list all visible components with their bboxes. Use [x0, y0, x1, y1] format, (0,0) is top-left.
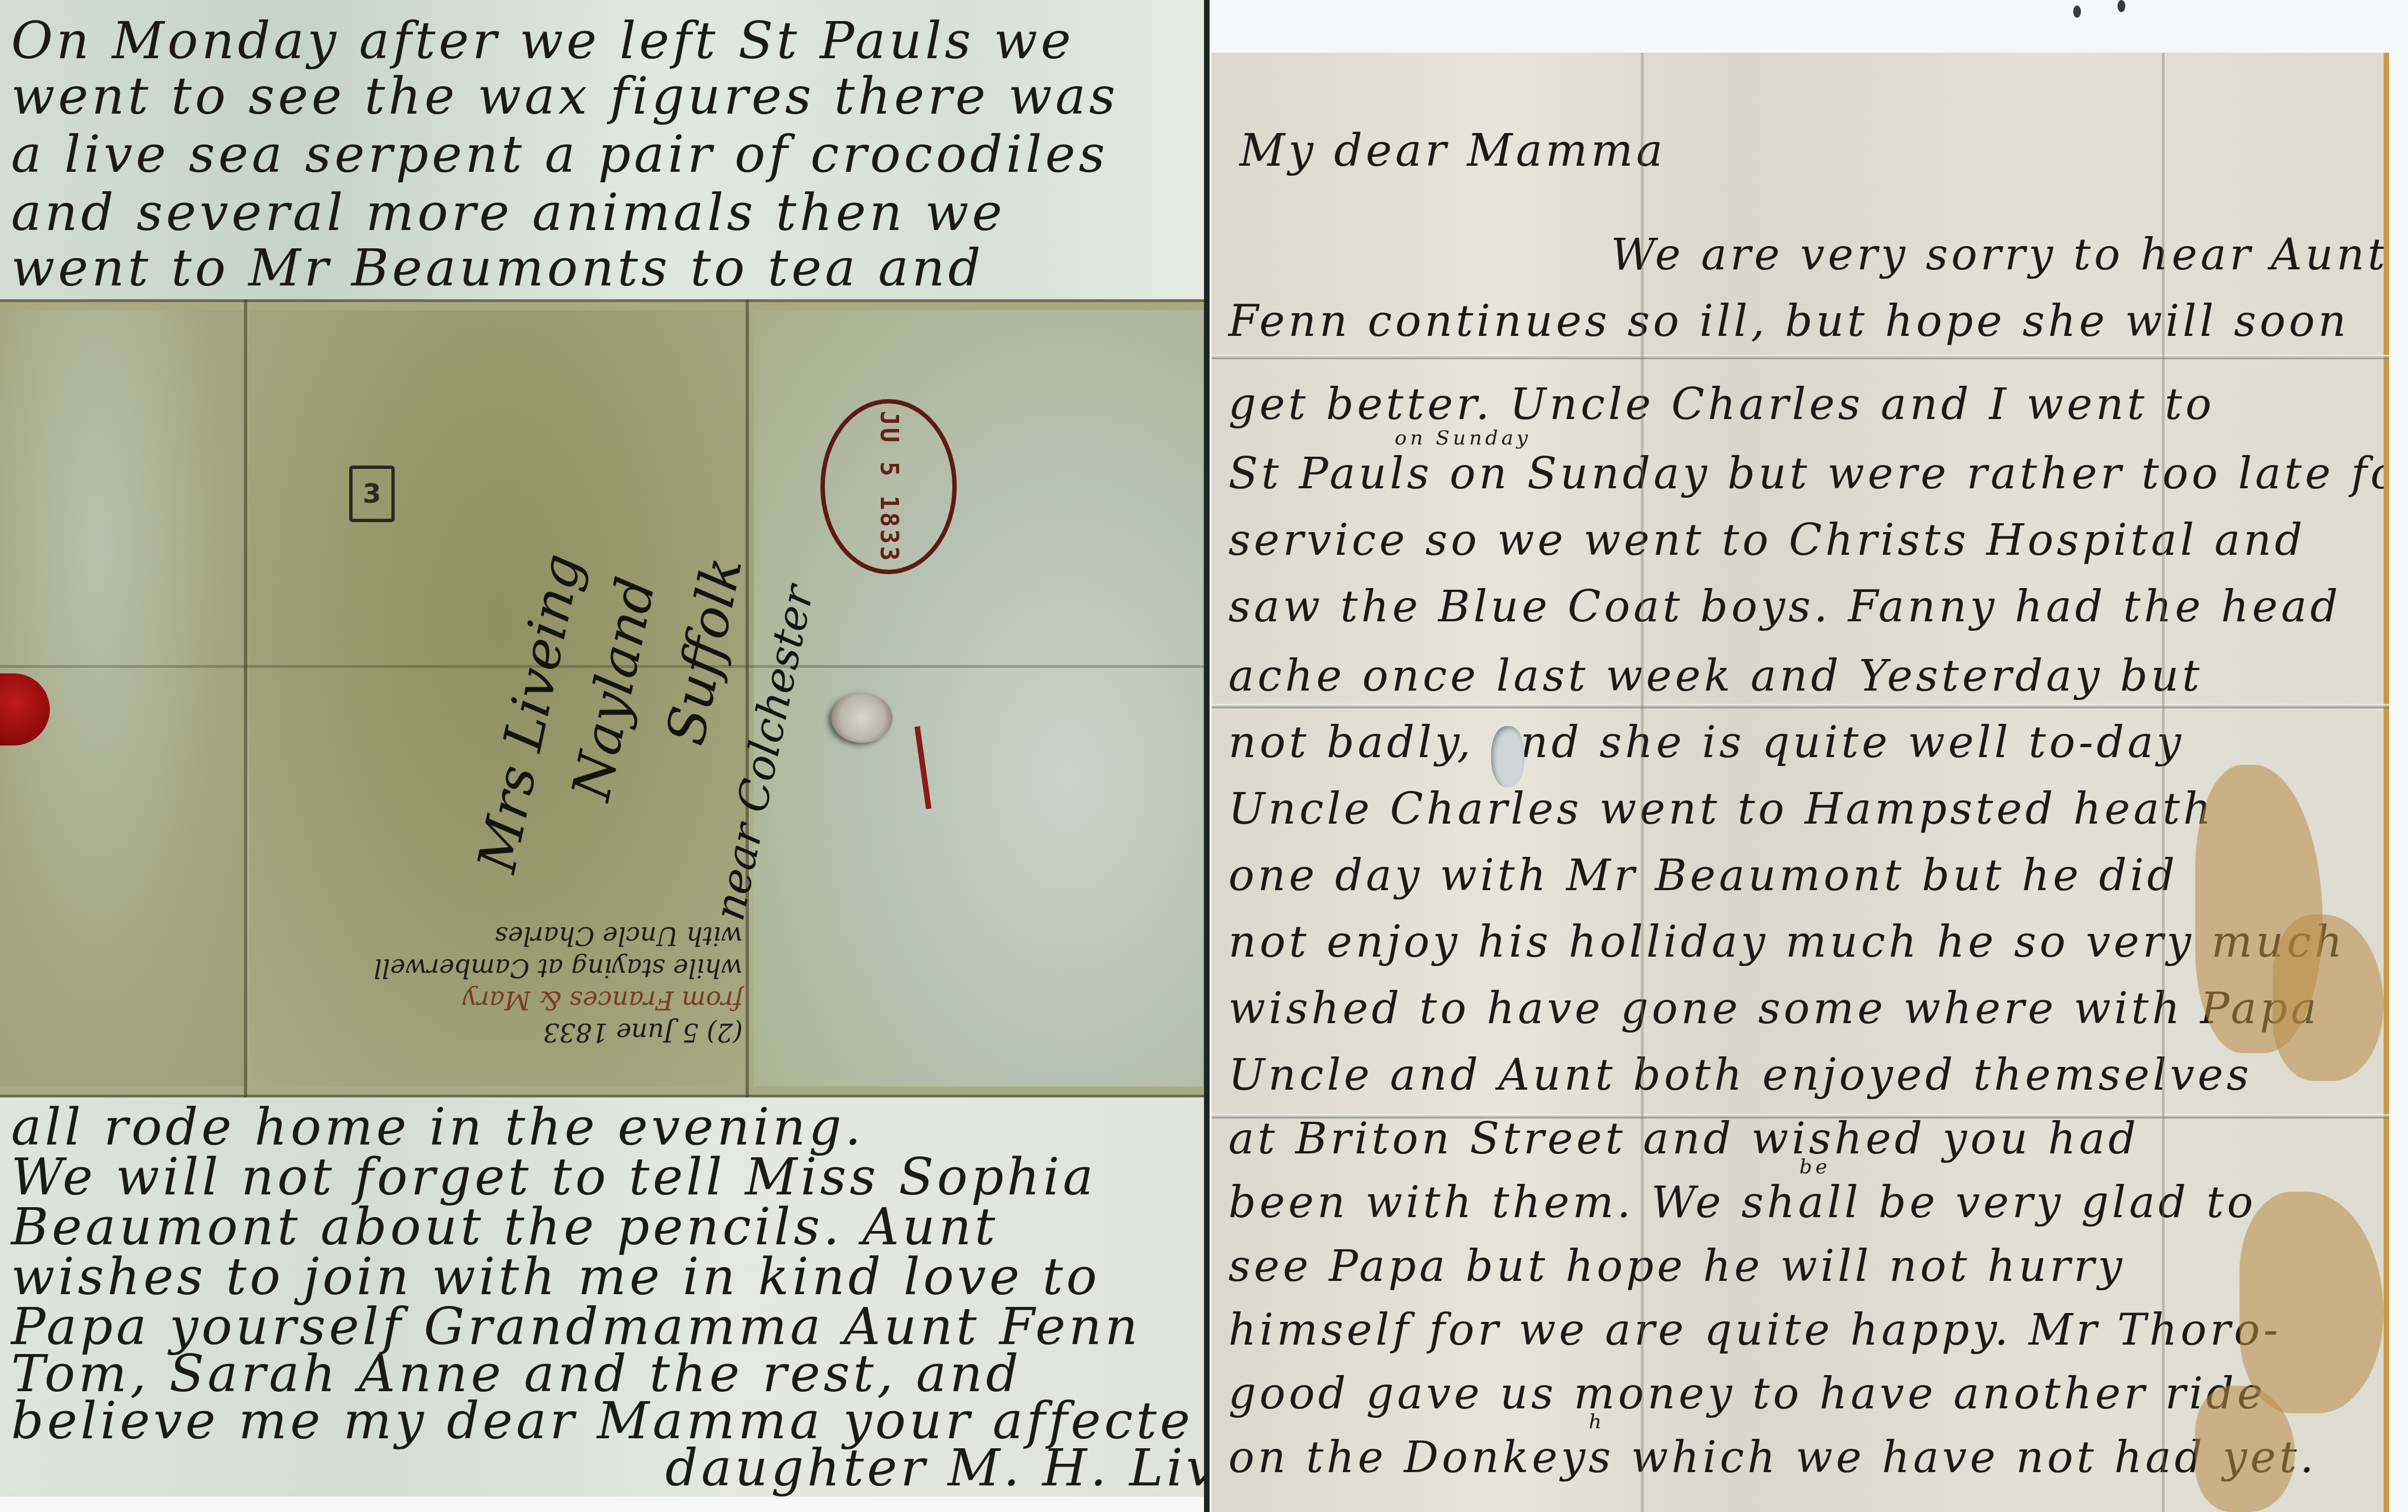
- handwritten-line: service so we went to Christs Hospital a…: [1228, 515, 2306, 565]
- handwritten-line: went to see the wax figures there was: [11, 67, 1119, 126]
- handwritten-line: ache once last week and Yesterday but: [1228, 651, 2203, 701]
- handwritten-line: went to Mr Beaumonts to tea and: [11, 238, 984, 298]
- handwritten-line: Uncle Charles went to Hampsted heath: [1228, 784, 2215, 834]
- handwritten-line: We are very sorry to hear Aunt: [1611, 230, 2389, 280]
- interlinear-insertion: h: [1589, 1411, 1605, 1433]
- fold-crease: [244, 299, 247, 1097]
- black-postal-stamp: 3: [349, 466, 395, 522]
- handwritten-line: at Briton Street and wished you had: [1228, 1114, 2139, 1164]
- right-letter-page: My dear Mamma We are very sorry to hear …: [1212, 53, 2389, 1512]
- paper-tear-hole: [1491, 726, 1524, 787]
- handwritten-line: not badly, and she is quite well to-day: [1228, 718, 2185, 768]
- handwritten-line: saw the Blue Coat boys. Fanny had the he…: [1228, 582, 2341, 632]
- signature-line: daughter M. H. Liveing: [665, 1438, 1204, 1498]
- handwritten-line: on the Donkeys which we have not had yet…: [1228, 1433, 2317, 1483]
- fold-crease: [1641, 53, 1644, 1512]
- handwritten-line: see Papa but hope he will not hurry: [1228, 1242, 2125, 1291]
- left-page-bottom-panel: all rode home in the evening. We will no…: [0, 1097, 1204, 1512]
- archive-note-line: (2) 5 June 1833: [288, 1016, 743, 1049]
- handwritten-line: On Monday after we left St Pauls we: [11, 11, 1074, 70]
- handwritten-line: St Pauls on Sunday but were rather too l…: [1228, 449, 2389, 499]
- fold-crease: [1212, 1114, 2389, 1118]
- fold-crease: [0, 299, 1204, 302]
- handwritten-line: Uncle and Aunt both enjoyed themselves: [1228, 1050, 2252, 1100]
- handwritten-line: one day with Mr Beaumont but he did: [1228, 851, 2178, 901]
- red-oval-postmark: JU 5 1833: [820, 399, 957, 574]
- handwritten-line: a live sea serpent a pair of crocodiles: [11, 125, 1108, 184]
- archive-note-line: while staying at Camberwell: [288, 952, 743, 984]
- handwritten-line: not enjoy his holliday much he so very m…: [1228, 917, 2345, 967]
- fold-crease: [2162, 53, 2165, 1512]
- ink-speck: [2118, 0, 2125, 12]
- handwritten-line: himself for we are quite happy. Mr Thoro…: [1228, 1305, 2281, 1355]
- handwritten-line: get better. Uncle Charles and I went to: [1228, 380, 2215, 430]
- interlinear-insertion: on Sunday: [1395, 427, 1531, 449]
- page-divider: [1204, 0, 1210, 1512]
- left-page-top-panel: On Monday after we left St Pauls we went…: [0, 0, 1204, 299]
- broken-seal-remnant: [831, 693, 892, 743]
- postmark-text: JU 5 1833: [875, 411, 903, 563]
- fold-crease: [1212, 355, 2389, 359]
- handwritten-line: and several more animals then we: [11, 183, 1006, 242]
- archive-note-line: from Frances & Mary: [288, 984, 743, 1016]
- archive-note-upside-down: (2) 5 June 1833 from Frances & Mary whil…: [288, 920, 743, 1049]
- archive-note-line: with Uncle Charles: [288, 920, 743, 952]
- salutation: My dear Mamma: [1239, 125, 1666, 176]
- left-letter-page: On Monday after we left St Pauls we went…: [0, 0, 1204, 1512]
- handwritten-line: good gave us money to have another ride: [1228, 1369, 2266, 1419]
- handwritten-line: wished to have gone some where with Papa: [1228, 984, 2320, 1034]
- handwritten-line: been with them. We shall be very glad to: [1228, 1178, 2257, 1228]
- fold-crease: [1212, 704, 2389, 708]
- handwritten-line: Fenn continues so ill, but hope she will…: [1228, 297, 2349, 346]
- ink-speck: [2073, 6, 2081, 18]
- fold-crease: [746, 299, 749, 1097]
- folded-panel-right: [754, 310, 1203, 1086]
- interlinear-insertion: be: [1799, 1156, 1830, 1178]
- scan-margin: [0, 1496, 1204, 1512]
